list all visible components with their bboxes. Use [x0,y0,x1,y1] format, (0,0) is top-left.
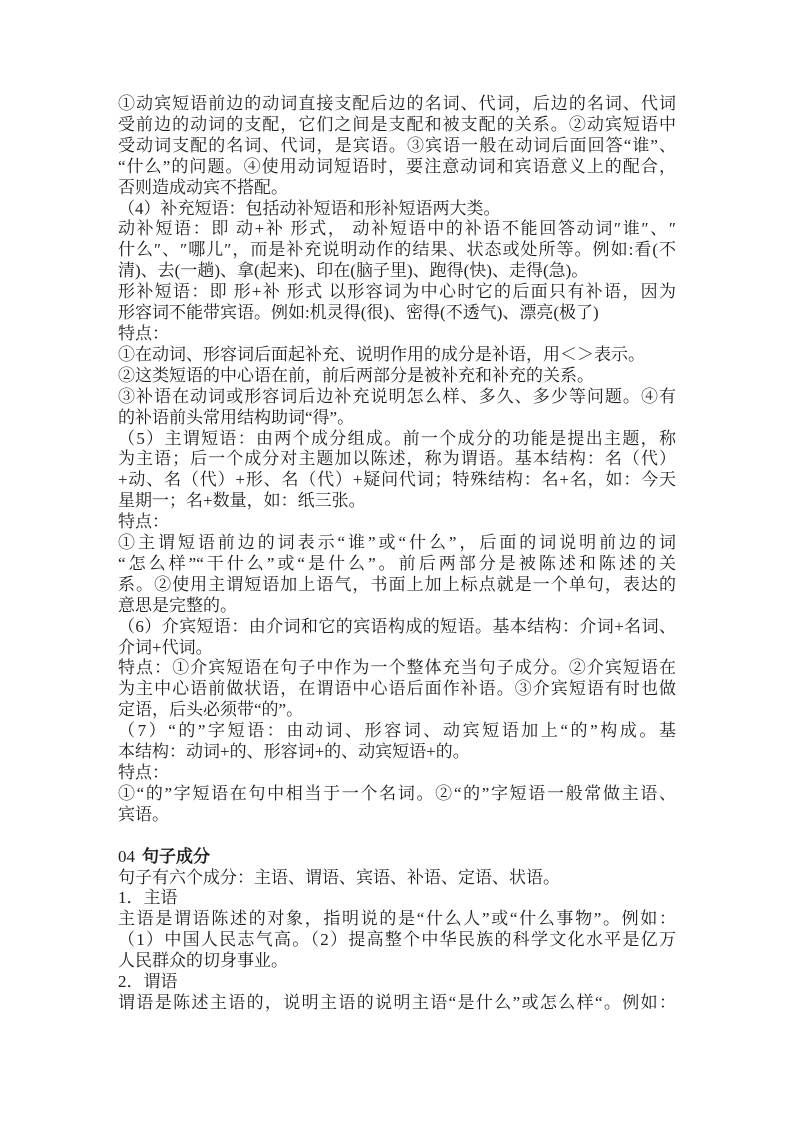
text-line: 谓语是陈述主语的，说明主语的说明主语“是什么”或怎么样“。例如： [118,993,676,1014]
text-line: ①主谓短语前边的词表示“谁”或“什么”，后面的词说明前边的词 [118,533,676,554]
text-line: ①在动词、形容词后面起补充、说明作用的成分是补语，用＜＞表示。 [118,345,676,366]
text-line: 句子有六个成分：主语、谓语、宾语、补语、定语、状语。 [118,868,676,889]
text-line: 2．谓语 [118,972,676,993]
text-line: （1）中国人民志气高。（2）提高整个中华民族的科学文化水平是亿万 [118,930,676,951]
document-text-block: ①动宾短语前边的动词直接支配后边的名词、代词，后边的名词、代词 受前边的动词的支… [118,94,676,1014]
section-heading-title: 句子成分 [142,847,210,866]
text-line: （7）“的”字短语：由动词、形容词、动宾短语加上“的”构成。基 [118,721,676,742]
text-line: 定语，后头必须带“的”。 [118,700,676,721]
text-line: 形补短语：即 形+补 形式 以形容词为中心时它的后面只有补语，因为 [118,282,676,303]
text-line: 本结构：动词+的、形容词+的、动宾短语+的。 [118,742,676,763]
text-line: 什么″、″哪儿″，而是补充说明动作的结果、状态或处所等。例如:看(不 [118,240,676,261]
text-line: 特点： [118,512,676,533]
text-line: 清)、去(一趟)、拿(起来)、印在(脑子里)、跑得(快)、走得(急)。 [118,261,676,282]
text-line: （4）补充短语：包括动补短语和形补短语两大类。 [118,199,676,220]
text-line: 宾语。 [118,805,676,826]
text-line: “什么”的问题。④使用动词短语时，要注意动词和宾语意义上的配合， [118,157,676,178]
text-line: 的补语前头常用结构助词“得”。 [118,408,676,429]
text-line: 星期一；名+数量，如：纸三张。 [118,491,676,512]
text-line: +动、名（代）+形、名（代）+疑问代词；特殊结构：名+名，如：今天 [118,470,676,491]
text-line: 特点： [118,324,676,345]
text-line: 人民群众的切身事业。 [118,951,676,972]
text-line: 主语是谓语陈述的对象，指明说的是“什么人”或“什么事物”。例如： [118,909,676,930]
text-line: ③补语在动词或形容词后边补充说明怎么样、多久、多少等问题。④有 [118,387,676,408]
blank-line [118,826,676,847]
text-line: 特点： [118,763,676,784]
text-line: 为主中心语前做状语，在谓语中心语后面作补语。③介宾短语有时也做 [118,679,676,700]
text-line: （6）介宾短语：由介词和它的宾语构成的短语。基本结构：介词+名词、 [118,617,676,638]
text-line: “怎么样”“干什么”或“是什么”。前后两部分是被陈述和陈述的关 [118,554,676,575]
text-line: 1．主语 [118,888,676,909]
text-line: 否则造成动宾不搭配。 [118,178,676,199]
document-page: ①动宾短语前边的动词直接支配后边的名词、代词，后边的名词、代词 受前边的动词的支… [0,0,793,1122]
text-line: 受动词支配的名词、代词，是宾语。③宾语一般在动词后面回答“谁”、 [118,136,676,157]
text-line: 为主语；后一个成分对主题加以陈述，称为谓语。基本结构：名（代） [118,449,676,470]
text-line: 介词+代词。 [118,638,676,659]
text-line: ②这类短语的中心语在前，前后两部分是被补充和补充的关系。 [118,366,676,387]
text-line: （5）主谓短语：由两个成分组成。前一个成分的功能是提出主题，称 [118,429,676,450]
text-line: 受前边的动词的支配，它们之间是支配和被支配的关系。②动宾短语中 [118,115,676,136]
text-line: 形容词不能带宾语。例如:机灵得(很)、密得(不透气)、漂亮(极了) [118,303,676,324]
text-line: ①“的”字短语在句中相当于一个名词。②“的”字短语一般常做主语、 [118,784,676,805]
section-heading: 04句子成分 [118,847,676,868]
text-line: 动补短语：即 动+补 形式， 动补短语中的补语不能回答动词″谁″、″ [118,219,676,240]
text-line: ①动宾短语前边的动词直接支配后边的名词、代词，后边的名词、代词 [118,94,676,115]
text-line: 意思是完整的。 [118,596,676,617]
text-line: 特点：①介宾短语在句子中作为一个整体充当句子成分。②介宾短语在 [118,658,676,679]
text-line: 系。②使用主谓短语加上语气，书面上加上标点就是一个单句，表达的 [118,575,676,596]
section-heading-number: 04 [118,847,135,866]
